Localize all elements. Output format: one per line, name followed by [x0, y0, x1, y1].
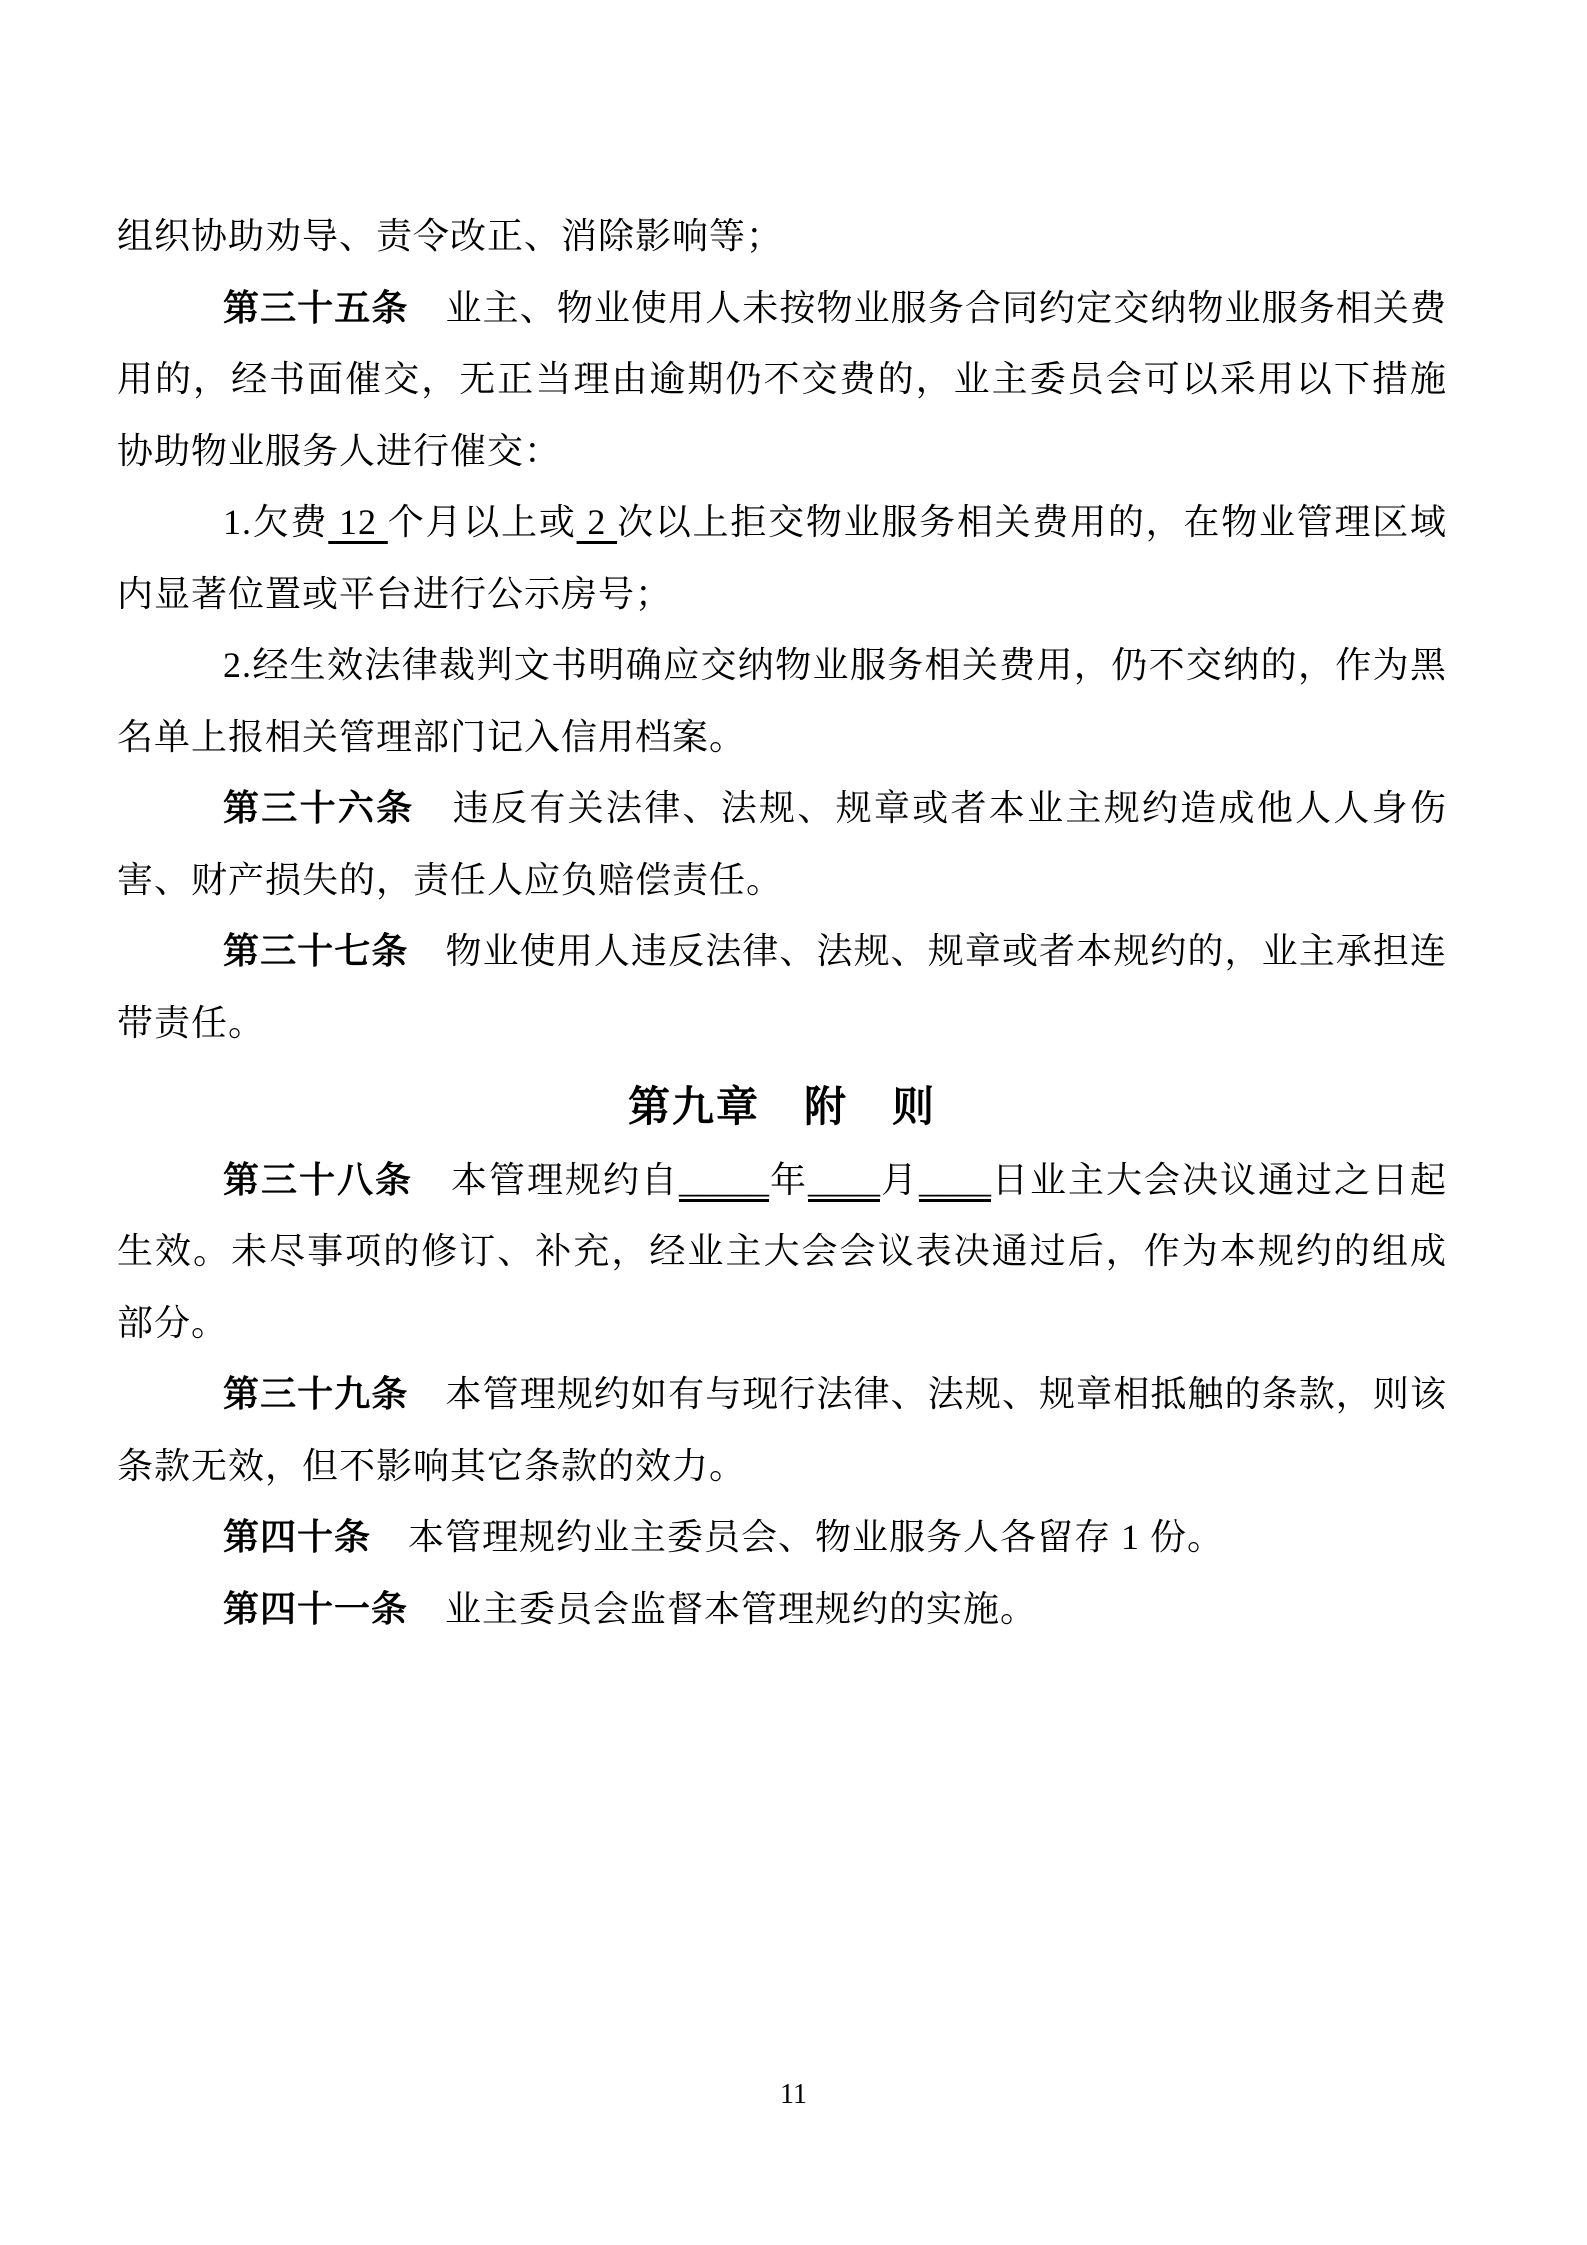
para-continuation: 组织协助劝导、责令改正、消除影响等； — [117, 201, 1447, 273]
item-1-text-a: 1.欠费 — [223, 502, 328, 542]
article-40-body: 本管理规约业主委员会、物业服务人各留存 1 份。 — [371, 1517, 1224, 1557]
list-item-1: 1.欠费 12 个月以上或 2 次以上拒交物业服务相关费用的，在物业管理区域内显… — [117, 487, 1447, 630]
article-38-number: 第三十八条 — [223, 1160, 413, 1200]
para-article-36: 第三十六条 违反有关法律、法规、规章或者本业主规约造成他人人身伤害、财产损失的，… — [117, 773, 1447, 916]
document-page: 组织协助劝导、责令改正、消除影响等； 第三十五条 业主、物业使用人未按物业服务合… — [0, 0, 1587, 2245]
para-article-41: 第四十一条 业主委员会监督本管理规约的实施。 — [117, 1574, 1447, 1646]
article-37-number: 第三十七条 — [223, 931, 408, 971]
item-1-text-b: 个月以上或 — [388, 502, 577, 542]
underlined-months-value: 12 — [328, 502, 388, 542]
fill-in-blank-year: _____ — [679, 1160, 769, 1200]
para-article-40: 第四十条 本管理规约业主委员会、物业服务人各留存 1 份。 — [117, 1502, 1447, 1574]
article-38-year-label: 年 — [769, 1160, 808, 1200]
para-article-37: 第三十七条 物业使用人违反法律、法规、规章或者本规约的，业主承担连带责任。 — [117, 916, 1447, 1059]
para-article-39: 第三十九条 本管理规约如有与现行法律、法规、规章相抵触的条款，则该条款无效，但不… — [117, 1359, 1447, 1502]
fill-in-blank-day: ____ — [919, 1160, 991, 1200]
para-article-35: 第三十五条 业主、物业使用人未按物业服务合同约定交纳物业服务相关费用的，经书面催… — [117, 273, 1447, 488]
para-continuation-text: 组织协助劝导、责令改正、消除影响等； — [117, 216, 783, 256]
article-41-number: 第四十一条 — [223, 1589, 408, 1629]
chapter-9-heading: 第九章 附 则 — [117, 1073, 1447, 1145]
fill-in-blank-month: ____ — [808, 1160, 880, 1200]
page-number: 11 — [0, 2078, 1587, 2112]
document-content: 组织协助劝导、责令改正、消除影响等； 第三十五条 业主、物业使用人未按物业服务合… — [117, 201, 1447, 1645]
list-item-2: 2.经生效法律裁判文书明确应交纳物业服务相关费用，仍不交纳的，作为黑名单上报相关… — [117, 630, 1447, 773]
article-36-number: 第三十六条 — [223, 788, 414, 828]
article-38-body-a: 本管理规约自 — [413, 1160, 679, 1200]
article-40-number: 第四十条 — [223, 1517, 371, 1557]
article-39-number: 第三十九条 — [223, 1374, 408, 1414]
article-38-month-label: 月 — [880, 1160, 919, 1200]
para-article-38: 第三十八条 本管理规约自_____年____月____日业主大会决议通过之日起生… — [117, 1145, 1447, 1360]
item-2-text: 2.经生效法律裁判文书明确应交纳物业服务相关费用，仍不交纳的，作为黑名单上报相关… — [117, 645, 1447, 757]
article-35-number: 第三十五条 — [223, 288, 408, 328]
article-41-body: 业主委员会监督本管理规约的实施。 — [408, 1589, 1037, 1629]
underlined-times-value: 2 — [577, 502, 618, 542]
